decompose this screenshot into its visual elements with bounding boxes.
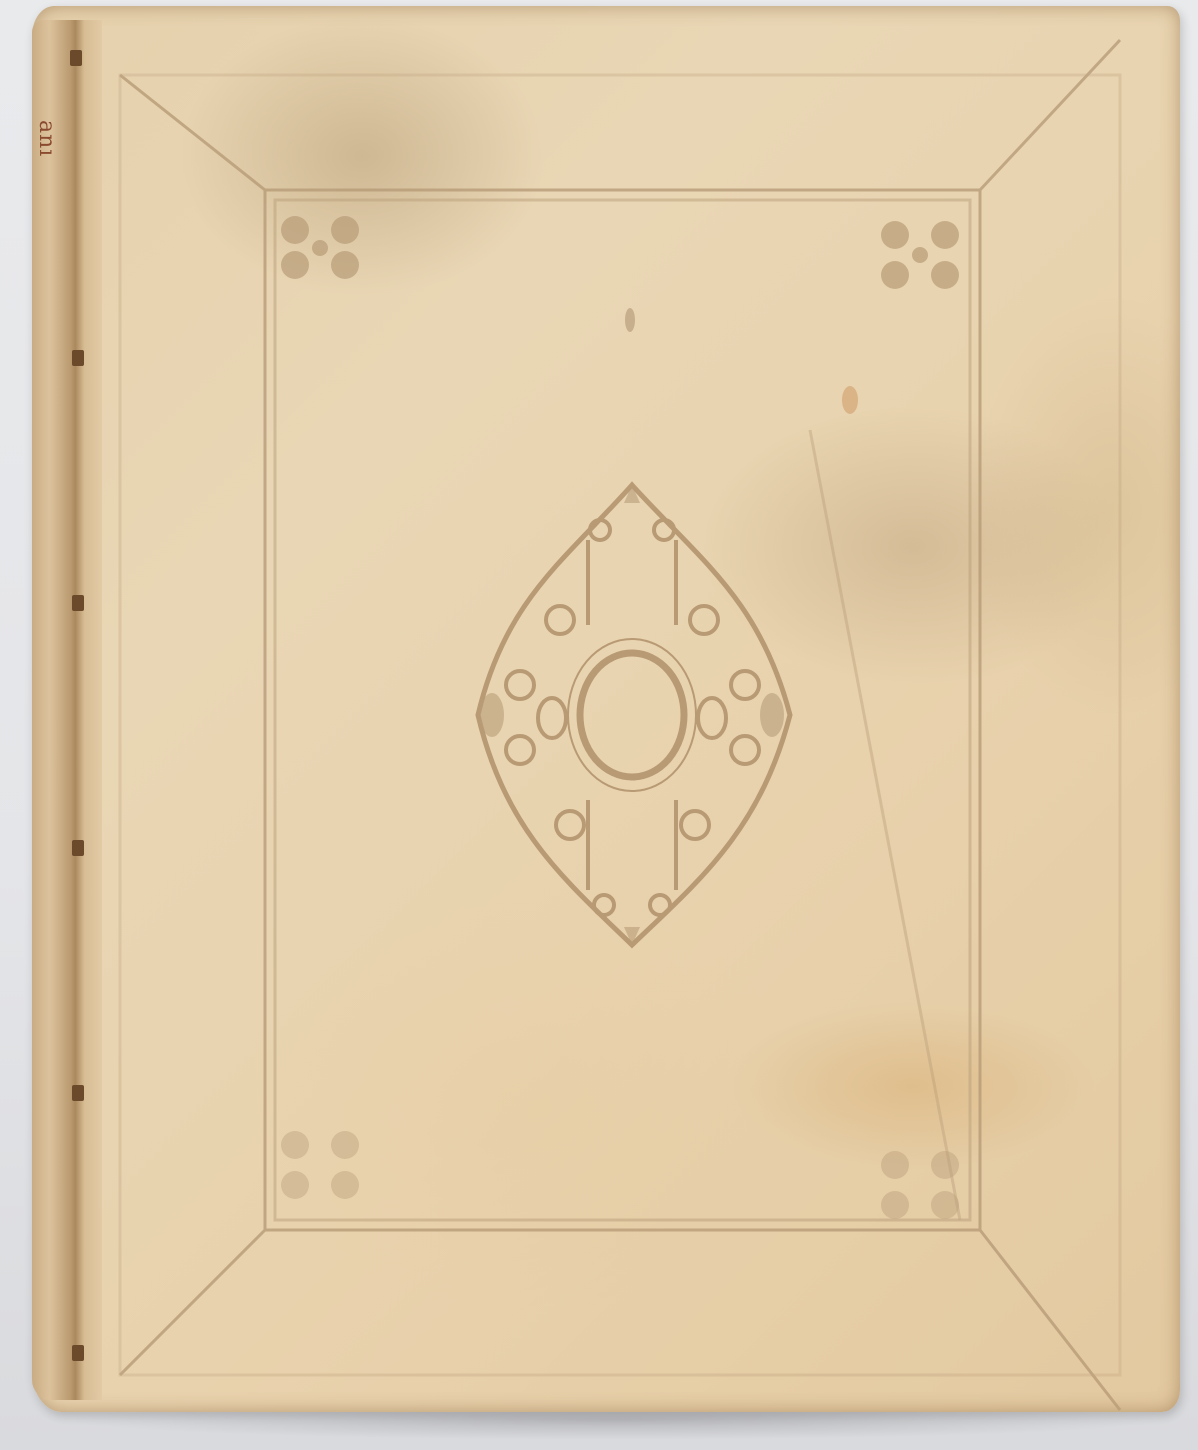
- central-stamp-icon: [478, 485, 790, 945]
- corner-fleuron-icon: [281, 216, 959, 1219]
- blind-tooled-decoration: [0, 0, 1198, 1450]
